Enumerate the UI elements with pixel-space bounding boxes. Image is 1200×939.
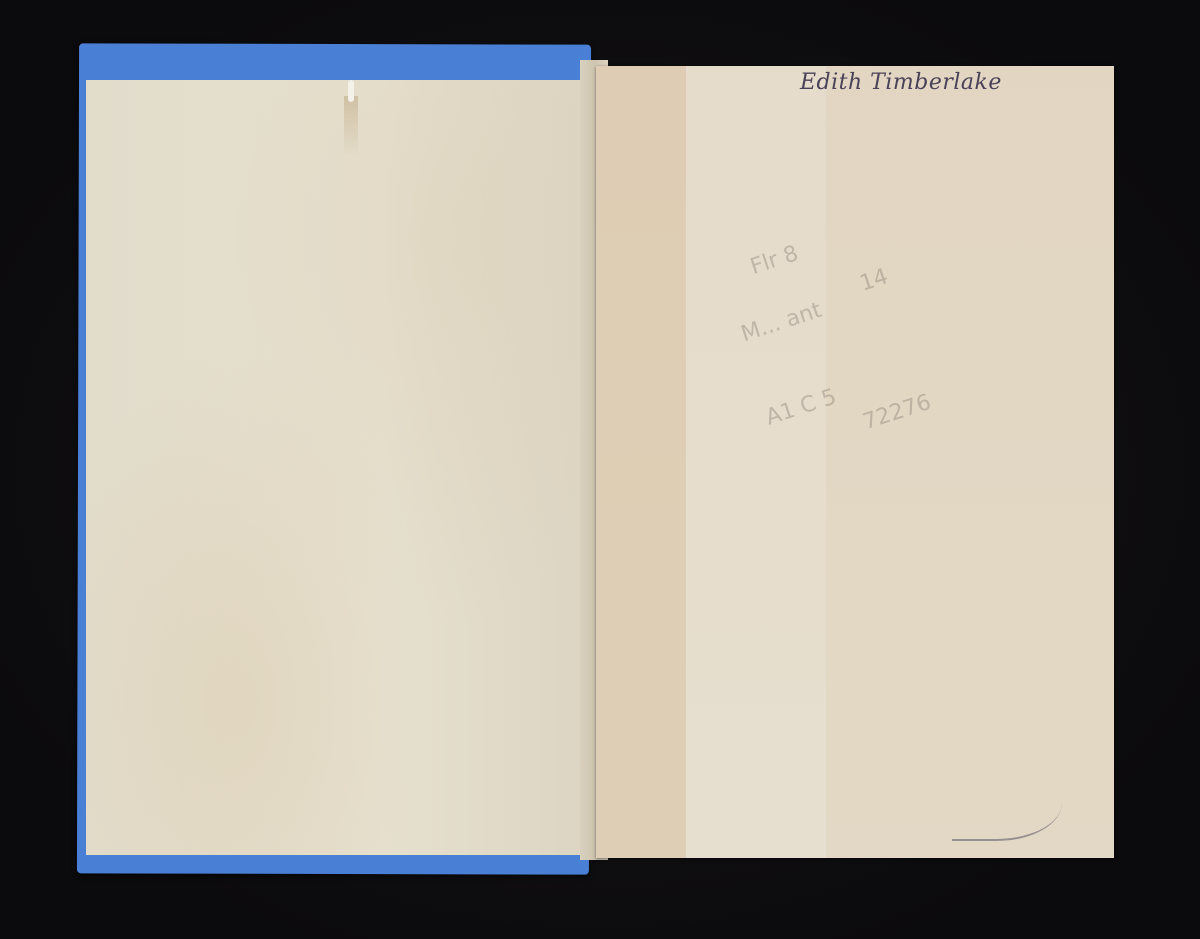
owner-signature: Edith Timberlake <box>800 70 1002 95</box>
right-endpaper <box>596 66 1114 858</box>
tear-stain <box>344 96 358 156</box>
paper-tear <box>348 80 354 102</box>
left-endpaper <box>86 80 584 855</box>
